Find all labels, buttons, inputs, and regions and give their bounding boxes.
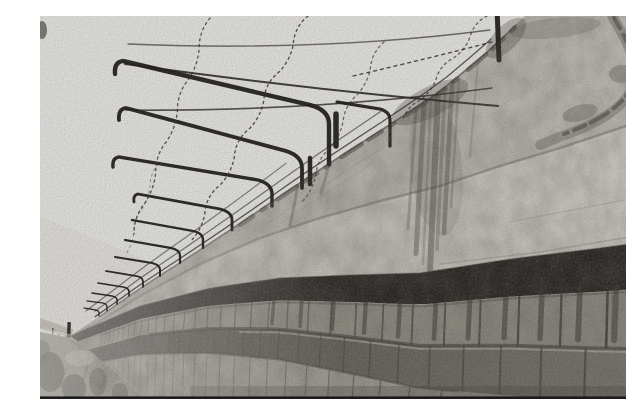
photograph-wall-barbed-wire: Grainy black-and-white photograph of a l… [40,16,626,399]
photo-canvas [40,16,626,399]
film-grain [40,16,626,399]
photo-bottom-edge [40,396,626,399]
film-grain-overlay [40,16,626,399]
